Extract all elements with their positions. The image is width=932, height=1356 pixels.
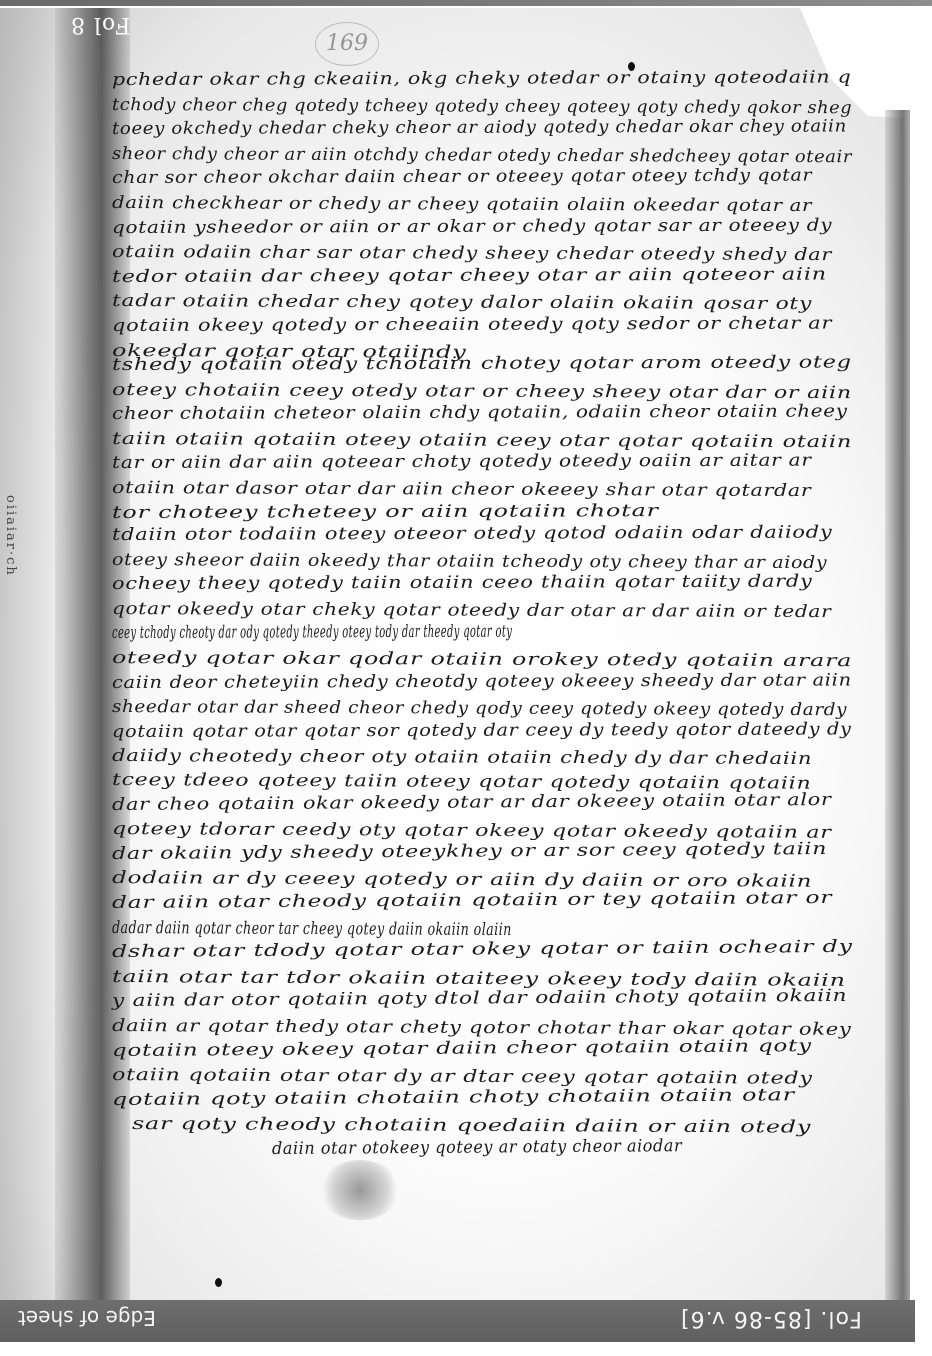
scan-top-edge xyxy=(0,0,932,6)
folio-number-pencil: 169 xyxy=(315,22,379,66)
sheet-right-edge-shadow xyxy=(885,110,910,1308)
manuscript-line: cheor chotaiin cheteor olaiin chdy qotai… xyxy=(112,402,848,425)
manuscript-line: qotaiin ysheedor or aiin or ar okar or c… xyxy=(112,215,832,238)
manuscript-line: daiidy cheotedy cheor oty otaiin otaiin … xyxy=(112,746,812,769)
manuscript-line: daiin checkhear or chedy ar cheey qotaii… xyxy=(112,193,812,216)
manuscript-line: sheedar otar dar sheed cheor chedy qody … xyxy=(112,697,847,720)
manuscript-scan: Fol 8 169 oiiaiar·ch pchedar okar chg ck… xyxy=(0,0,932,1356)
manuscript-line: tadar otaiin chedar chey qotey dalor ola… xyxy=(112,291,812,314)
manuscript-line: toeey okchedy chedar cheky cheor ar aiod… xyxy=(112,117,847,140)
manuscript-line: ceey tchody cheoty dar ody qotedy theedy… xyxy=(112,622,512,643)
manuscript-line: daiin otar otokeey qoteey ar otaty cheor… xyxy=(272,1136,682,1159)
manuscript-line: sheor chdy cheor ar aiin otchdy chedar o… xyxy=(112,144,852,167)
manuscript-line: oteedy qotar okar qodar otaiin orokey ot… xyxy=(112,648,852,671)
manuscript-line: pchedar okar chg ckeaiin, okg cheky oted… xyxy=(112,67,852,90)
manuscript-line: tor choteey tcheteey or aiin qotaiin cho… xyxy=(112,501,659,523)
manuscript-line: tedor otaiin dar cheey qotar cheey otar … xyxy=(112,264,827,286)
ink-spot xyxy=(215,1278,222,1287)
manuscript-line: dadar daiin qotar cheor tar cheey qotey … xyxy=(112,918,512,940)
manuscript-line: otaiin otar dasor otar dar aiin cheor ok… xyxy=(112,478,812,501)
manuscript-line: tar or aiin dar aiin qoteear choty qoted… xyxy=(112,451,812,473)
manuscript-line: tdaiin otor todaiin oteey oteeor otedy q… xyxy=(112,522,832,545)
manuscript-line: tshedy qotaiin otedy tchotaiin chotey qo… xyxy=(112,352,852,375)
manuscript-line: taiin otaiin qotaiin oteey otaiin ceey o… xyxy=(112,429,852,452)
edge-of-sheet-label: Edge of sheet xyxy=(18,1306,156,1330)
manuscript-line: char sor cheor okchar daiin chear or ote… xyxy=(112,166,812,188)
manuscript-line: sar qoty cheody chotaiin qoedaiin daiin … xyxy=(132,1114,811,1138)
ink-stain xyxy=(320,1160,400,1220)
manuscript-line: qotaiin okeey qotedy or cheeaiin oteedy … xyxy=(112,313,832,336)
facing-page-margin-glyphs: oiiaiar·ch xyxy=(0,495,18,577)
manuscript-line: oteey chotaiin ceey otedy otar or cheey … xyxy=(112,380,852,403)
manuscript-line: ocheey theey qotedy taiin otaiin ceeo th… xyxy=(112,572,813,594)
manuscript-line: qotaiin qotar otar qotar sor qotedy dar … xyxy=(112,719,852,742)
folio-label-top: Fol 8 xyxy=(70,12,130,37)
folio-reference-label: Fol. [85-86 v.6] xyxy=(680,1306,862,1331)
manuscript-line: caiin deor cheteyiin chedy cheotdy qotee… xyxy=(112,670,852,693)
manuscript-line: oteey sheeor daiin okeedy thar otaiin tc… xyxy=(112,550,827,573)
manuscript-line: tchody cheor cheg qotedy tcheey qotedy c… xyxy=(112,95,852,118)
manuscript-line: qotar okeedy otar cheky qotar oteedy dar… xyxy=(112,599,832,622)
manuscript-line: otaiin odaiin char sar otar chedy sheey … xyxy=(112,242,832,265)
facing-page-edge xyxy=(0,8,60,1308)
